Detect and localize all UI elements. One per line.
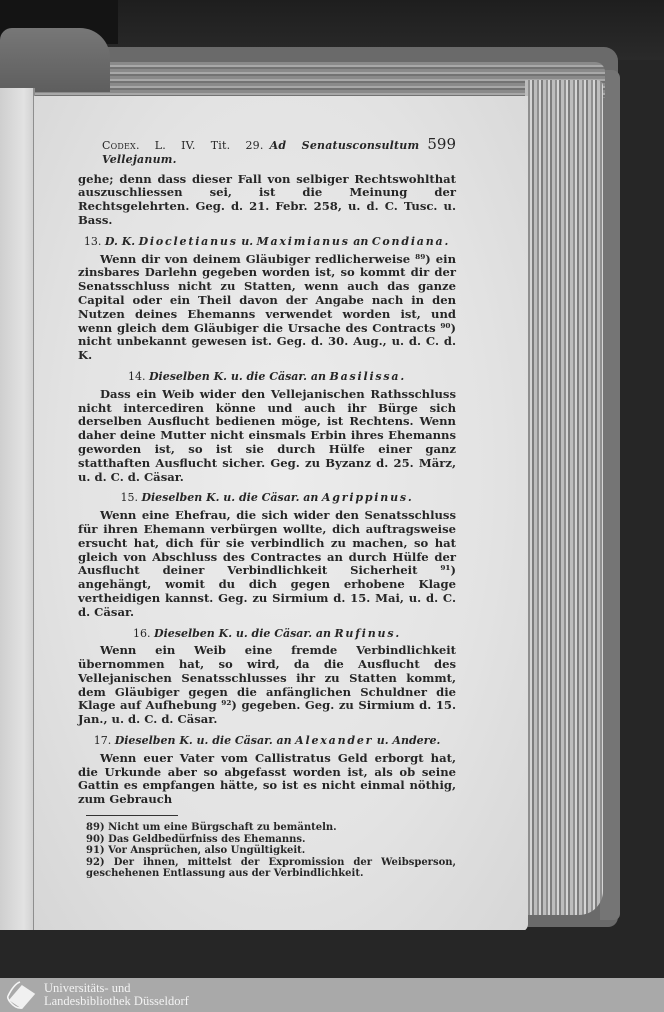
section-heading-suffix: u. Andere.	[377, 734, 441, 747]
section-heading-prefix: Dieselben K. u. die Cäsar. an	[115, 734, 292, 747]
book-cover-edge	[600, 70, 620, 920]
section-heading-recipient: Agrippinus.	[322, 491, 414, 504]
text-column: Codex. L. IV. Tit. 29.Ad Senatusconsultu…	[78, 138, 456, 880]
footnotes: 89) Nicht um eine Bürgschaft zu bemäntel…	[78, 822, 456, 880]
section-heading-prefix: Dieselben K. u. die Cäsar. an	[149, 370, 326, 383]
section-heading-16: 16. Dieselben K. u. die Cäsar. an Rufinu…	[78, 627, 456, 641]
section-heading-prefix: Dieselben K. u. die Cäsar. an	[141, 491, 318, 504]
footnote-text: Der ihnen, mittelst der Expromission der…	[86, 857, 456, 880]
section-body-14: Dass ein Weib wider den Vellejanischen R…	[78, 388, 456, 485]
footnote-marker: 91)	[86, 845, 105, 856]
section-body-13: Wenn dir von deinem Gläubiger redlicherw…	[78, 253, 456, 363]
footnote-89: 89) Nicht um eine Bürgschaft zu bemäntel…	[86, 822, 456, 834]
section-heading-emperor-2: Maximianus	[257, 235, 350, 248]
footnote-92: 92) Der ihnen, mittelst der Expromission…	[86, 857, 456, 880]
section-heading-14: 14. Dieselben K. u. die Cäsar. an Basili…	[78, 370, 456, 384]
opening-paragraph: gehe; denn dass dieser Fall von selbiger…	[78, 173, 456, 228]
section-heading-15: 15. Dieselben K. u. die Cäsar. an Agripp…	[78, 491, 456, 505]
section-number: 13.	[84, 235, 102, 248]
footnote-90: 90) Das Geldbedürfniss des Ehemanns.	[86, 834, 456, 846]
section-heading-prefix: D. K.	[105, 235, 135, 248]
section-heading-13: 13. D. K. Diocletianus u. Maximianus an …	[78, 235, 456, 249]
section-heading-prefix: Dieselben K. u. die Cäsar. an	[154, 627, 331, 640]
section-number: 14.	[128, 370, 146, 383]
library-name: Universitäts- und Landesbibliothek Düsse…	[44, 982, 189, 1008]
library-name-line2: Landesbibliothek Düsseldorf	[44, 995, 189, 1008]
running-head: Codex. L. IV. Tit. 29.Ad Senatusconsultu…	[102, 138, 456, 167]
footnote-text: Vor Ansprüchen, also Ungültigkeit.	[108, 845, 305, 856]
section-heading-conj: u.	[241, 235, 253, 248]
footnote-rule	[86, 815, 178, 816]
book-logo-icon	[4, 978, 40, 1012]
footnote-marker: 92)	[86, 857, 105, 868]
library-watermark-bar: Universitäts- und Landesbibliothek Düsse…	[0, 978, 664, 1012]
footnote-marker: 90)	[86, 834, 105, 845]
section-number: 17.	[94, 734, 112, 747]
footnote-text: Das Geldbedürfniss des Ehemanns.	[108, 834, 305, 845]
codex-reference: . L. IV. Tit. 29.	[136, 139, 264, 152]
section-number: 15.	[120, 491, 138, 504]
section-body-16: Wenn ein Weib eine fremde Verbindlichkei…	[78, 644, 456, 727]
verso-page-edge	[0, 88, 34, 933]
codex-label: Codex	[102, 139, 136, 152]
section-heading-17: 17. Dieselben K. u. die Cäsar. an Alexan…	[78, 734, 456, 748]
page-stack-top	[30, 62, 605, 98]
section-number: 16.	[133, 627, 151, 640]
scan-backdrop-bottom	[0, 930, 664, 978]
section-heading-recipient: Condiana.	[372, 235, 450, 248]
footnote-text: Nicht um eine Bürgschaft zu bemänteln.	[108, 822, 337, 833]
page-number: 599	[427, 138, 456, 152]
section-body-17: Wenn euer Vater vom Callistratus Geld er…	[78, 752, 456, 807]
running-head-reference: Codex. L. IV. Tit. 29.Ad Senatusconsultu…	[102, 139, 419, 167]
section-body-15: Wenn eine Ehefrau, die sich wider den Se…	[78, 509, 456, 619]
section-heading-to: an	[353, 235, 368, 248]
page-stack-right	[525, 80, 603, 915]
section-heading-recipient: Alexander	[295, 734, 373, 747]
left-page-curl	[0, 28, 110, 92]
recto-page: Codex. L. IV. Tit. 29.Ad Senatusconsultu…	[34, 96, 528, 932]
section-heading-recipient: Rufinus.	[334, 627, 400, 640]
section-heading-recipient: Basilissa.	[329, 370, 406, 383]
section-heading-emperor-1: Diocletianus	[139, 235, 238, 248]
footnote-91: 91) Vor Ansprüchen, also Ungültigkeit.	[86, 845, 456, 857]
footnote-marker: 89)	[86, 822, 105, 833]
